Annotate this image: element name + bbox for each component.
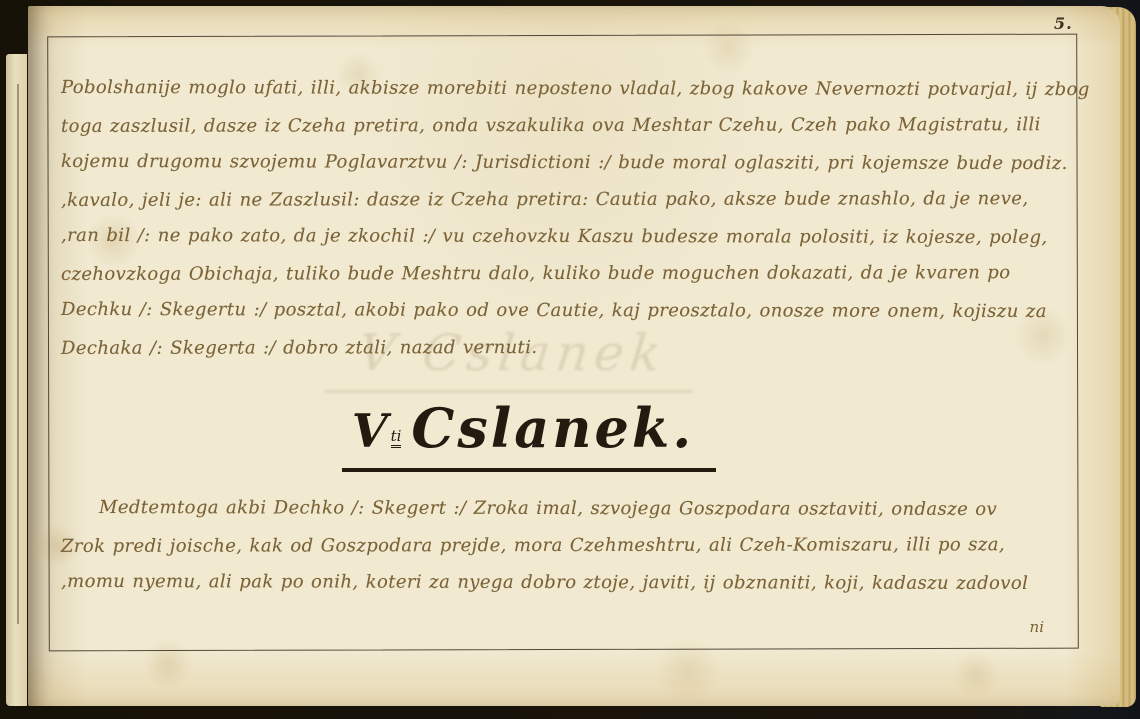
manuscript-line: Zrok predi joische, kak od Goszpodara pr… xyxy=(61,526,1071,565)
manuscript-line: ,kavalo, jeli je: ali ne Zaszlusil: dasz… xyxy=(61,180,1071,219)
manuscript-line: Dechaka /: Skegerta :/ dobro ztali, naza… xyxy=(61,328,1071,367)
heading-ordinal-superscript: ti xyxy=(391,427,402,448)
manuscript-line: Medtemtoga akbi Dechko /: Skegert :/ Zro… xyxy=(61,489,1071,528)
manuscript-page: 5. V Cslanek Pobolshanije moglo ufati, i… xyxy=(28,6,1120,706)
manuscript-line: Dechku /: Skegertu :/ posztal, akobi pak… xyxy=(61,291,1071,330)
manuscript-line: ,momu nyemu, ali pak po onih, koteri za … xyxy=(61,563,1071,602)
paragraph-2: Medtemtoga akbi Dechko /: Skegert :/ Zro… xyxy=(61,490,1071,601)
manuscript-line: ,ran bil /: ne pako zato, da je zkochil … xyxy=(61,217,1071,256)
previous-page-edge xyxy=(6,54,27,706)
section-heading-underlined: VtiCslanek. xyxy=(342,396,716,472)
catchword: ni xyxy=(1030,618,1044,636)
manuscript-line: czehovzkoga Obichaja, tuliko bude Meshtr… xyxy=(61,254,1071,293)
scanned-book-photo: 5. V Cslanek Pobolshanije moglo ufati, i… xyxy=(0,0,1140,719)
manuscript-line: toga zaszlusil, dasze iz Czeha pretira, … xyxy=(61,106,1071,145)
manuscript-line: kojemu drugomu szvojemu Poglavarztvu /: … xyxy=(61,143,1071,182)
paragraph-1: Pobolshanije moglo ufati, illi, akbisze … xyxy=(61,70,1071,366)
heading-title: Cslanek. xyxy=(411,396,694,460)
heading-numeral: V xyxy=(352,404,390,458)
manuscript-line: Pobolshanije moglo ufati, illi, akbisze … xyxy=(61,69,1071,108)
page-number: 5. xyxy=(1054,14,1073,33)
previous-page-frame-line xyxy=(17,84,19,624)
section-heading: VtiCslanek. xyxy=(28,396,1120,472)
